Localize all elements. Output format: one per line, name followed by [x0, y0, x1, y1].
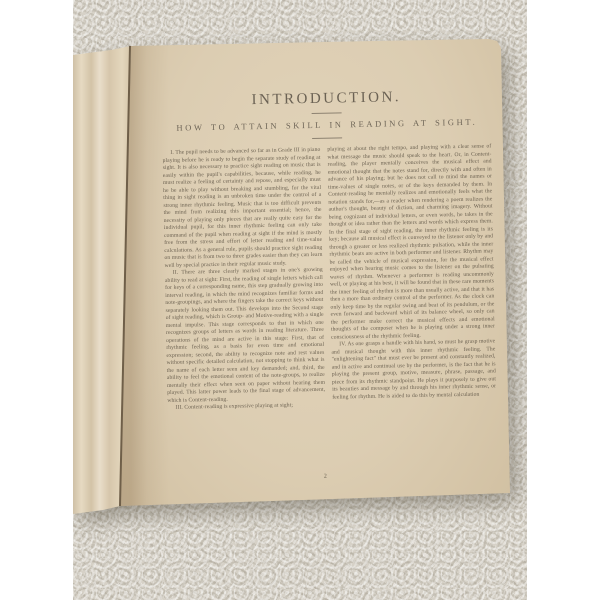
text-column-left: I. The pupil needs to be advanced so far… — [162, 147, 326, 472]
title-rule — [312, 112, 342, 114]
page-number: 2 — [324, 474, 327, 480]
printed-text-block: INTRODUCTION. HOW TO ATTAIN SKILL IN REA… — [161, 77, 499, 472]
page-title: INTRODUCTION. — [161, 87, 491, 110]
subtitle-rule — [312, 137, 342, 139]
open-book: INTRODUCTION. HOW TO ATTAIN SKILL IN REA… — [73, 0, 527, 600]
text-columns: I. The pupil needs to be advanced so far… — [162, 143, 498, 472]
paragraph-four: IV. As one grasps a handle with his hand… — [331, 338, 496, 401]
paragraph-two: II. There are three clearly marked stage… — [165, 267, 326, 405]
photo-canvas: INTRODUCTION. HOW TO ATTAIN SKILL IN REA… — [0, 0, 600, 600]
fabric-background: INTRODUCTION. HOW TO ATTAIN SKILL IN REA… — [73, 0, 527, 600]
paragraph-three-continued: playing at about the right tempo, and pl… — [327, 143, 495, 341]
text-column-right: playing at about the right tempo, and pl… — [327, 143, 497, 468]
page-subtitle: HOW TO ATTAIN SKILL IN READING AT SIGHT. — [162, 116, 492, 134]
book-page: INTRODUCTION. HOW TO ATTAIN SKILL IN REA… — [73, 0, 527, 600]
paragraph-one: I. The pupil needs to be advanced so far… — [162, 147, 322, 270]
